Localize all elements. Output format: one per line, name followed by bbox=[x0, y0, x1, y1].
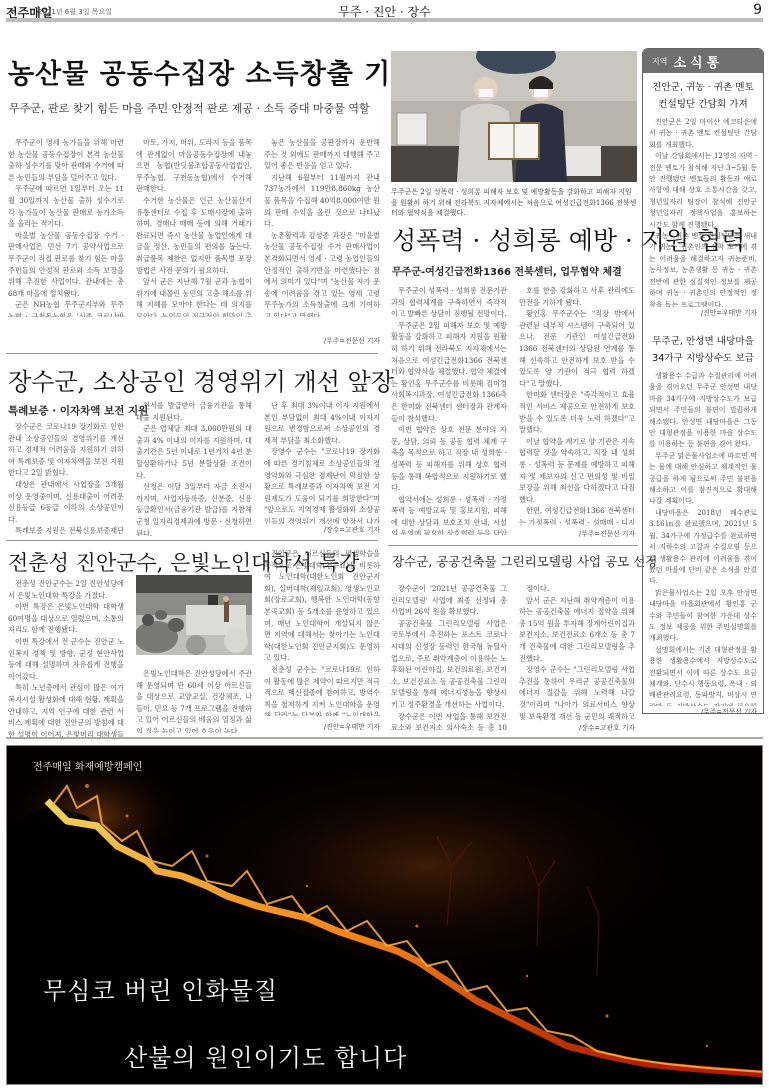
paragraph: 특례보증 지원은 전북신용보증재단의 상담을 거친 후 장수군으로부터 추 bbox=[8, 525, 124, 536]
sidebar-header: 지역 소식통 bbox=[643, 49, 763, 73]
paragraph: 호를 한층 강화하고 사후 관리에도 만전을 기하게 됐다. bbox=[519, 285, 635, 308]
sidebar-item-1-headline: 진안군, 귀농 · 귀촌 멘토 컨설팅단 간담회 가져 bbox=[643, 79, 763, 113]
article1-column-1: 무주군이 영세 농가들을 위해 마련한 농산물 공동수집장이 본격 농산물 출하… bbox=[8, 137, 124, 317]
paragraph: 대상은 관내에서 사업장을 3개월 이상 운영중이며, 신용대출이 어려운 신용… bbox=[8, 479, 124, 525]
article3-column-3: 진안군은 어르신들의 평생학습을 목적으로 은빛대학(천주교)을 비롯하여 노인… bbox=[264, 548, 380, 716]
paragraph: 내당마을은 2018년 배수관로 3.16㎞를 완료했으며, 2021년 5월,… bbox=[649, 508, 757, 588]
article1-byline: /무주=전문선 기자 bbox=[264, 335, 380, 345]
ad-campaign-label: 전주매일 화재예방캠페인 bbox=[33, 758, 142, 773]
paragraph: 천서를 발급받아 금융기관을 통해 대출 지원된다. bbox=[136, 400, 252, 423]
page-number: 9 bbox=[753, 2, 762, 18]
sidebar-label-small: 지역 bbox=[652, 56, 667, 67]
paragraph: 군은 NH농협 무주군지부와 무주농협 · 구천동농협은 '신종 코로나바이러스… bbox=[8, 299, 124, 317]
ad-slogan-line-2: 산불의 원인이기도 합니다 bbox=[124, 1038, 407, 1073]
paragraph: 수거한 농산물은 인근 농산물산지유통센터로 수집 후 도매시장에 출하하며, … bbox=[136, 195, 252, 276]
article3-column-1: 전춘성 진안군수는 2일 진안성당에서 은빛노인대학 특강을 가졌다. 이번 특… bbox=[8, 578, 124, 738]
article1-column-2: 마토, 가지, 머위, 도라지 등을 품목에 관계없이 마을공동수집장에 내놓으… bbox=[136, 137, 252, 317]
paragraph: 귀농 · 귀촌 멘토 컨설팅단은 새내기 귀농 · 귀촌인의 정착 초기에 겪는… bbox=[649, 231, 757, 307]
masthead-rule bbox=[6, 18, 763, 22]
paragraph: 지난해 6월부터 11월까지 관내 737농가에서 119만8,860kg 농산… bbox=[264, 172, 380, 230]
article2-headline: 장수군, 소상공인 경영위기 개선 앞장 bbox=[8, 362, 394, 397]
paragraph: 설명회에서는 기존 대형관정을 활용한 생활용수에서 지방상수도로 전환되면서 … bbox=[649, 645, 757, 706]
paragraph: 전춘성 군수는 "코로나19로 인하여 활동에 많은 제약이 따르지만 적극적으… bbox=[264, 664, 380, 716]
local-news-sidebar: 지역 소식통 진안군, 귀농 · 귀촌 멘토 컨설팅단 간담회 가져 진안군은 … bbox=[642, 48, 764, 714]
paragraph: 앞서 군은 지난해 취약계층이 이용하는 공공건축물 에너지 절약을 위해 총 … bbox=[519, 595, 635, 665]
paragraph: 이날 협약을 계기로 양 기관은 지속 협력할 것을 약속하고, 직장 내 성희… bbox=[519, 436, 635, 506]
paragraph: 이날 간담회에서는 12명의 지역 · 전문 멘토가 참석해 지난 3~5월 동… bbox=[649, 151, 757, 231]
article4-subheadline: 무주군-여성긴급전화1366 전북센터, 업무협약 체결 bbox=[392, 263, 622, 278]
paragraph: 이번 특강에서 전 군수는 진안군 노인복지 정책 및 방향, 군정 현안사업 … bbox=[8, 636, 124, 682]
paragraph: 무주군이 성폭력 · 성희롱 전문기관과의 협력체계를 구축하면서 즉각적이고 … bbox=[391, 285, 507, 320]
headline-line: 34가구 지방상수도 보급 bbox=[643, 350, 763, 367]
paragraph: 특히 노년층에서 관심이 많은 여가 복지시설 활성화에 대해 현황, 계획을 … bbox=[8, 682, 124, 738]
sidebar-item-2-body: 생활용수 수급과 수질관리에 어려움을 겪어오던 무주군 안성면 내당마을 34… bbox=[643, 371, 763, 706]
sidebar-item-2-headline: 무주군, 안성면 내당마을 34가구 지방상수도 보급 bbox=[643, 333, 763, 367]
headline-line: 무주군, 안성면 내당마을 bbox=[643, 333, 763, 350]
paragraph: 진안군은 어르신들의 평생학습을 목적으로 은빛대학(천주교)을 비롯하여 노인… bbox=[264, 548, 380, 664]
paragraph: 장영수 군수는 "코로나19 장기화에 따른 경기침체로 소상공인들의 경영악화… bbox=[264, 446, 380, 524]
paragraph: 단 후 최대 3%이내 이자 지원에서 본인 부담없이 최대 4%이내 이자지원… bbox=[264, 400, 380, 446]
paragraph: 진안군은 2일 마이산 에코타운에서 귀농 · 귀촌 멘토 컨설팅단 간담회를 … bbox=[649, 117, 757, 151]
sidebar-item-2-byline: /무주=전문선 기자 bbox=[643, 706, 763, 714]
paragraph: 이번 특강은 은빛노인대학 대학생 60여명을 대상으로 열렸으며, 소통의 자… bbox=[8, 601, 124, 636]
paragraph: 장수군은 코로나19 장기화로 인한 관내 소상공인들의 경영위기를 개선하고 … bbox=[8, 421, 124, 479]
headline-line: 진안군, 귀농 · 귀촌 멘토 bbox=[643, 79, 763, 96]
paragraph: 한미화 센터장은 "즉각적이고 효율적인 서비스 제공으로 안전하게 보호 받을… bbox=[519, 389, 635, 435]
article4-byline: /무주=전문선 기자 bbox=[519, 528, 635, 538]
article1-column-3: 놓은 농산물을 공판장까지 운반해주는 것 외에도 판매까지 대행해 주고 있어… bbox=[264, 137, 380, 317]
sidebar-item-1-body: 진안군은 2일 마이산 에코타운에서 귀농 · 귀촌 멘토 컨설팅단 간담회를 … bbox=[643, 117, 763, 307]
paragraph: 마을별 농산물 공동수집장 수거 · 판매사업은 민선 7기 공약사업으로 무주… bbox=[8, 230, 124, 300]
article5-column-1: 장수군이 '2021년 공공건축물 그린리모델링' 사업에 최종 선정돼 총 사… bbox=[391, 583, 507, 735]
divider bbox=[6, 353, 378, 354]
paragraph: 장수군은 이번 사업을 통해 보건진료소와 보건지소 의사숙소 등 총 10개 … bbox=[391, 711, 507, 735]
paragraph: 은빛노인대학은 진안성당에서 주관해 운영되며 만 60세 이상 어르신들을 대… bbox=[136, 668, 252, 733]
paragraph: 맑은물사업소는 2일 오후 안성면 내당마을 마을회관에서 황인홍 군수와 주민… bbox=[649, 588, 757, 645]
wildfire-image-icon bbox=[7, 746, 763, 1085]
headline-line: 컨설팅단 간담회 가져 bbox=[643, 96, 763, 113]
article2-column-3: 단 후 최대 3%이내 이자 지원에서 본인 부담없이 최대 4%이내 이자지원… bbox=[264, 400, 380, 524]
paragraph: 마토, 가지, 머위, 도라지 등을 품목에 관계없이 마을공동수집장에 내놓으… bbox=[136, 137, 252, 195]
paragraph: 전춘성 진안군수는 2일 진안성당에서 은빛노인대학 특강을 가졌다. bbox=[8, 578, 124, 601]
paragraph: 무주군 맑은물사업소에 따르면 먹는 물에 대해 안심하고 체계적인 물 공급을… bbox=[649, 451, 757, 508]
paragraph: 무주군이 영세 농가들을 위해 마련한 농산물 공동수집장이 본격 농산물 출하… bbox=[8, 137, 124, 183]
paragraph: 신청은 이달 3일부터 자금 소진시까지며, 사업자등록증, 신분증, 신용등급… bbox=[136, 481, 252, 536]
article1-headline: 농산물 공동수집장 소득창출 기여 bbox=[8, 52, 418, 91]
paragraph: 정이다. bbox=[519, 583, 635, 595]
photo-caption: 무주군은 2일 성폭력 · 성희롱 피해자 보호 및 예방활동을 강화하고 피해… bbox=[391, 187, 637, 219]
article2-column-2: 천서를 발급받아 금융기관을 통해 대출 지원된다. 군은 업체당 최대 3,0… bbox=[136, 400, 252, 536]
sidebar-item-1-byline: /진안=우태만 기자 bbox=[643, 307, 763, 317]
paragraph: 무주군에 따르면 1일부터 오는 11월 30일까지 농산물 출하 성수기로 각… bbox=[8, 183, 124, 229]
article4-column-1: 무주군이 성폭력 · 성희롱 전문기관과의 협력체계를 구축하면서 즉각적이고 … bbox=[391, 285, 507, 535]
lecture-hall-image-icon bbox=[136, 575, 252, 655]
article5-headline: 장수군, 공공건축물 그린리모델링 사업 공모 선정 bbox=[392, 552, 657, 570]
paragraph: 황인홍 무주군수는 "직장 밖에서 관련된 내부적 시스템이 구축되어 있으나,… bbox=[519, 308, 635, 389]
paragraph: 앞서 군은 지난해 7월 군과 농협이 위기에 내몰린 농민의 고충 해소를 위… bbox=[136, 276, 252, 317]
agreement-signing-image-icon bbox=[391, 51, 637, 182]
paragraph: 협약서에는 성희롱 · 성폭력 · 가정폭력 등 예방교육 및 홍보지원, 피해… bbox=[391, 494, 507, 535]
paragraph: 무주군은 2일 피해자 보호 및 예방활동을 강화하고 피해자 지원을 원활히 … bbox=[391, 320, 507, 424]
article2-byline: /장수=고관호 기자 bbox=[264, 524, 380, 534]
paragraph: 공공건축물 그린리모델링 사업은 국토부에서 추진하는 포스트 코로나 시대의 … bbox=[391, 618, 507, 711]
lecture-photo bbox=[136, 575, 252, 655]
agreement-photo bbox=[391, 51, 637, 182]
paragraph: 놓은 농산물을 공판장까지 운반해주는 것 외에도 판매까지 대행해 주고 있어… bbox=[264, 137, 380, 172]
article5-byline: /장수=고관호 기자 bbox=[519, 722, 635, 732]
article2-subheadline: 특례보증 · 이자차액 보전 지원 bbox=[8, 403, 148, 418]
divider bbox=[6, 540, 378, 541]
divider bbox=[388, 545, 638, 546]
paragraph: 한편, 여성긴급전화1366 전북센터는 가정폭력 · 성폭력 · 성매매 · … bbox=[519, 505, 635, 525]
article5-column-2: 정이다. 앞서 군은 지난해 취약계층이 이용하는 공공건축물 에너지 절약을 … bbox=[519, 583, 635, 723]
paragraph: 장영수 군수는 "그린리모델링 사업 추진을 통하여 우리군 공공건축물의 에너… bbox=[519, 664, 635, 723]
sidebar-label-big: 소식통 bbox=[673, 52, 723, 71]
article4-column-2: 호를 한층 강화하고 사후 관리에도 만전을 기하게 됐다. 황인홍 무주군수는… bbox=[519, 285, 635, 525]
paragraph: 이번 협약은 상호 전문 분야의 자문, 상담, 의뢰 등 공동 협력 체계 구… bbox=[391, 424, 507, 494]
article2-column-1: 장수군은 코로나19 장기화로 인한 관내 소상공인들의 경영위기를 개선하고 … bbox=[8, 421, 124, 536]
article1-subheadline: 무주군, 판로 찾기 힘든 마을 주민 안정적 판로 제공 · 소득 증대 마중… bbox=[9, 100, 370, 116]
paragraph: 생활용수 수급과 수질관리에 어려움을 겪어오던 무주군 안성면 내당마을 34… bbox=[649, 371, 757, 451]
paragraph: 장수군이 '2021년 공공건축물 그린리모델링' 사업에 최종 선정돼 총 사… bbox=[391, 583, 507, 618]
paragraph: 군은 업체당 최대 3,000만원의 대출과 4% 이내의 이자를 지원하며, … bbox=[136, 423, 252, 481]
fire-prevention-ad: 전주매일 화재예방캠페인 무심코 버린 인화물질 산불의 원인이기도 합니다 bbox=[6, 745, 763, 1085]
paragraph: 농촌활력과 김성종 과장은 "마을별 농산물 공동수집장 수거 판매사업이 본격… bbox=[264, 230, 380, 317]
section-divider bbox=[6, 737, 763, 739]
article3-byline: /진안=우태만 기자 bbox=[264, 721, 380, 731]
ad-slogan-line-1: 무심코 버린 인화물질 bbox=[43, 971, 278, 1006]
article3-column-2: 은빛노인대학은 진안성당에서 주관해 운영되며 만 60세 이상 어르신들을 대… bbox=[136, 668, 252, 733]
